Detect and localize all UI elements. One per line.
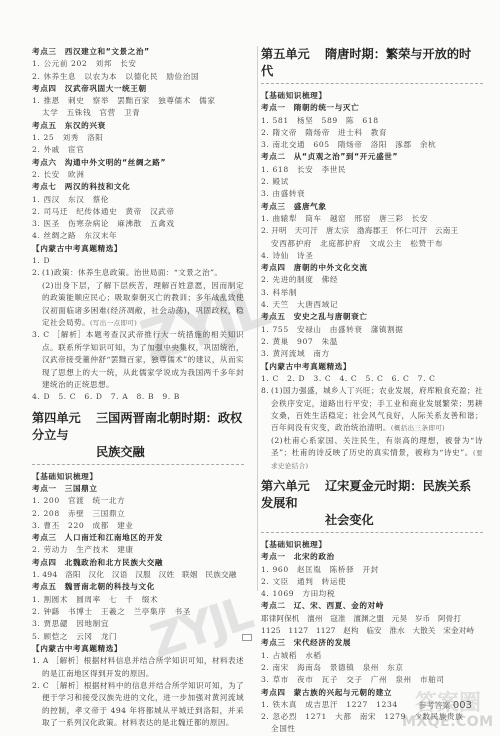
section-heading: 考点四 汉武帝巩固大一统王朝 bbox=[32, 83, 244, 95]
answer-line: 1. 200 官渡 统一北方 bbox=[32, 495, 244, 507]
answer-line: 2. 司马迁 纪传体通史 黄帝 汉武帝 bbox=[32, 206, 244, 218]
answer-line: 1. 割圆术 圆周率 七 千 缀术 bbox=[32, 594, 244, 606]
answer-line: 5. 顾恺之 云冈 龙门 bbox=[32, 631, 244, 643]
answer-line: 2. 殿试 bbox=[261, 176, 483, 188]
section-heading: 考点五 安史之乱与唐朝衰亡 bbox=[261, 311, 483, 323]
unit-title: 第四单元三国两晋南北朝时期：政权分立与 民族交融 bbox=[32, 410, 244, 461]
answer-line: 1. 25 刘秀 洛阳 bbox=[32, 132, 244, 144]
answer-line: 3. 科举制 bbox=[261, 287, 483, 299]
section-heading: 考点三 宋代经济的发展 bbox=[261, 637, 483, 649]
answer-text-part: (1)国力强盛，城乡人丁兴旺；农业发展，府库粮食充盈；社会秩序安定，道路出行平安… bbox=[271, 386, 483, 432]
answer-text: 2. C ［解析］根据材料中的信息并结合所学知识可知，为了便于学习和接受汉族先进… bbox=[32, 680, 244, 730]
answer-line: 2. 长安 欧洲 bbox=[32, 169, 244, 181]
answer-line: 2. 外戚 宦官 bbox=[32, 144, 244, 156]
answer-line: 耶律阿保机 澶州 寇准 澶渊之盟 元昊 岁币 阿骨打 bbox=[261, 613, 483, 625]
answer-line: 安西都护府 北庭都护府 文成公主 松赞干布 bbox=[261, 238, 483, 250]
answer-line: 2. 忽必烈 1271 大都 南宋 1279 少数民族贵族 bbox=[261, 711, 483, 723]
divider bbox=[261, 83, 483, 84]
answer-line: 4. 丝绸之路 东汉末年 bbox=[32, 230, 244, 242]
unit-title: 第五单元隋唐时期：繁荣与开放的时代 bbox=[261, 46, 483, 80]
section-heading: 考点七 两汉的科技和文化 bbox=[32, 181, 244, 193]
left-column: 考点三 西汉建立和“文景之治” 1. 公元前 202 刘邦 长安 2. 休养生息… bbox=[32, 46, 244, 730]
answer-line: 3. 黄河流域 南方 bbox=[261, 348, 483, 360]
answer-text-part: (2)出身下层，了解下层疾苦，理解百姓意愿，因而制定的政策能顺应民心；吸取秦朝灭… bbox=[42, 281, 244, 327]
section-heading: 考点一 北宋的政治 bbox=[261, 551, 483, 563]
answer-line: 4. 天竺 大唐西域记 bbox=[261, 299, 483, 311]
answer-line: 1. 494 洛阳 汉化 汉语 汉服 汉姓 联姻 民族交融 bbox=[32, 569, 244, 581]
answer-line: 2. 休养生息 以农为本 以德化民 励俭治国 bbox=[32, 71, 244, 83]
section-heading: 考点三 盛唐气象 bbox=[261, 201, 483, 213]
answer-line: 3. 南北交通 605 隋炀帝 洛阳 涿郡 余杭 bbox=[261, 139, 483, 151]
answer-line: 4. 1069 方田均税 bbox=[261, 588, 483, 600]
answer-line: 2. 南宋 海南岛 景德镇 泉州 东京 bbox=[261, 662, 483, 674]
section-heading: 考点二 从“贞观之治”到“开元盛世” bbox=[261, 151, 483, 163]
answer-line: 1. 西汉 东汉 蔡伦 bbox=[32, 194, 244, 206]
answer-line: 1. 占城稻 水稻 bbox=[261, 650, 483, 662]
answer-line: 1. 755 安禄山 由盛转衰 藩镇割据 bbox=[261, 324, 483, 336]
answer-line: 1. C 2. D 3. C 4. C 5. C 6. C 7. C bbox=[261, 373, 483, 385]
basics-heading: 【基础知识梳理】 bbox=[32, 471, 244, 483]
page-footer: 参考答案 003 bbox=[418, 700, 472, 711]
answer-line: 3. 曹丕 220 成都 建业 bbox=[32, 520, 244, 532]
section-heading: 考点一 隋朝的统一与灭亡 bbox=[261, 102, 483, 114]
page-number: 003 bbox=[453, 700, 472, 711]
unit-title: 第六单元辽宋夏金元时期：民族关系发展和 社会变化 bbox=[261, 478, 483, 529]
divider bbox=[32, 464, 244, 465]
section-heading: 考点二 辽、宋、西夏、金的对峙 bbox=[261, 600, 483, 612]
answer-text: 1. A ［解析］根据材料信息并结合所学知识可知，材料表述的是江南地区得到开发的… bbox=[32, 655, 244, 680]
exam-heading: 【内蒙古中考真题精选】 bbox=[261, 361, 483, 373]
unit-tag: 第五单元 bbox=[261, 46, 325, 63]
answer-line: 2. 开明 天可汗 唐太宗 渤海郡王 怀仁可汗 云南王 bbox=[261, 225, 483, 237]
unit-tag: 第四单元 bbox=[32, 410, 96, 427]
answer-paragraph: 8. (1)国力强盛，城乡人丁兴旺；农业发展，府库粮食充盈；社会秩序安定，道路出… bbox=[261, 385, 483, 472]
answer-line: 2. 文臣 通判 转运使 bbox=[261, 576, 483, 588]
answer-line: 2. 先进的制度 佛经 bbox=[261, 274, 483, 286]
exam-heading: 【内蒙古中考真题精选】 bbox=[32, 643, 244, 655]
section-heading: 考点四 唐朝的中外文化交流 bbox=[261, 262, 483, 274]
answer-note: (概括出三条即可) bbox=[391, 424, 445, 432]
exam-heading: 【内蒙古中考真题精选】 bbox=[32, 243, 244, 255]
section-heading: 考点五 魏晋南北朝的科技与文化 bbox=[32, 581, 244, 593]
section-heading: 考点六 沟通中外文明的“丝绸之路” bbox=[32, 157, 244, 169]
unit-title-line2: 民族交融 bbox=[32, 444, 244, 461]
answer-text: (1)国力强盛，城乡人丁兴旺；农业发展，府库粮食充盈；社会秩序安定，道路出行平安… bbox=[261, 385, 483, 435]
answer-line: 3. 医圣 伤寒杂病论 麻沸散 五禽戏 bbox=[32, 218, 244, 230]
answer-line: 3. 草市 夜市 瓦子 交子 广州 泉州 市舶司 bbox=[261, 674, 483, 686]
answer-text-part: (2)杜甫心系家国、关注民生，有崇高的理想，被誉为“诗圣”；杜甫的诗反映了历史的… bbox=[271, 436, 483, 457]
section-heading: 考点五 东汉的兴衰 bbox=[32, 120, 244, 132]
answer-line: 太学 五铢钱 官营 卫青 bbox=[32, 107, 244, 119]
question-number: 8. bbox=[261, 385, 271, 397]
basics-heading: 【基础知识梳理】 bbox=[261, 90, 483, 102]
answer-line: 1. 960 赵匡胤 陈桥驿 开封 bbox=[261, 564, 483, 576]
section-heading: 考点一 三国鼎立 bbox=[32, 483, 244, 495]
answer-line: 2. 黄巢 907 朱温 bbox=[261, 336, 483, 348]
answer-line: 3. 由盛转衰 bbox=[261, 188, 483, 200]
divider bbox=[261, 532, 483, 533]
answer-paragraph: 3. C ［解析］本题考查汉武帝推行大一统措施的相关知识点。联系所学知识可知，为… bbox=[32, 329, 244, 391]
answer-line: 1. 618 长安 李世民 bbox=[261, 164, 483, 176]
section-heading: 考点三 人口南迁和江南地区的开发 bbox=[32, 532, 244, 544]
answer-line: 3. 贾思勰 因地制宜 bbox=[32, 618, 244, 630]
right-column: 第五单元隋唐时期：繁荣与开放的时代 【基础知识梳理】 考点一 隋朝的统一与灭亡 … bbox=[257, 46, 483, 591]
answer-paragraph: 2. C ［解析］根据材料中的信息并结合所学知识可知，为了便于学习和接受汉族先进… bbox=[32, 680, 244, 730]
basics-heading: 【基础知识梳理】 bbox=[261, 539, 483, 551]
answer-line: 4. D 5. C 6. D 7. A 8. B 9. B bbox=[32, 391, 244, 403]
answer-line: 1. 曲辕犁 筒车 越窑 邢窑 唐三彩 长安 bbox=[261, 213, 483, 225]
answer-note: (写出一点即可) bbox=[90, 319, 137, 327]
footer-label: 参考答案 bbox=[418, 701, 450, 710]
answer-line: 全国性 bbox=[261, 723, 483, 735]
answer-line: 2. 钟繇 书博士 王羲之 兰亭集序 书圣 bbox=[32, 606, 244, 618]
answer-line: 2. 劳动力 生产技术 建康 bbox=[32, 544, 244, 556]
answer-text: (2)杜甫心系家国、关注民生，有崇高的理想，被誉为“诗圣”；杜甫的诗反映了历史的… bbox=[261, 435, 483, 472]
answer-line: 2. 208 赤壁 三国鼎立 bbox=[32, 508, 244, 520]
answer-text: (1)政策：休养生息政策。治世局面：“文景之治”。 bbox=[42, 268, 222, 277]
question-number: 2. bbox=[32, 267, 42, 279]
answer-line: 1. 推恩 刺史 察举 罢黜百家 独尊儒术 儒家 bbox=[32, 95, 244, 107]
answer-text: 3. C ［解析］本题考查汉武帝推行大一统措施的相关知识点。联系所学知识可知，为… bbox=[32, 329, 244, 391]
answer-line: 1125 1127 1127 赵构 临安 淮水 大散关 宋金对峙 bbox=[261, 625, 483, 637]
section-heading: 考点四 蒙古族的兴起与元朝的建立 bbox=[261, 687, 483, 699]
answer-paragraph: 1. A ［解析］根据材料信息并结合所学知识可知，材料表述的是江南地区得到开发的… bbox=[32, 655, 244, 680]
answer-paragraph: 2.(1)政策：休养生息政策。治世局面：“文景之治”。 (2)出身下层，了解下层… bbox=[32, 267, 244, 329]
answer-line: 4. 诗仙 诗圣 bbox=[261, 250, 483, 262]
unit-tag: 第六单元 bbox=[261, 478, 325, 495]
section-heading: 考点三 西汉建立和“文景之治” bbox=[32, 46, 244, 58]
answer-line: 1. D bbox=[32, 255, 244, 267]
margin-mark bbox=[242, 634, 252, 641]
answer-line: 1. 公元前 202 刘邦 长安 bbox=[32, 58, 244, 70]
answer-line: 1. 581 杨坚 589 陈 618 bbox=[261, 115, 483, 127]
section-heading: 考点四 北魏政治和北方民族大交融 bbox=[32, 557, 244, 569]
unit-title-line2: 社会变化 bbox=[261, 512, 483, 529]
answer-text: (2)出身下层，了解下层疾苦，理解百姓意愿，因而制定的政策能顺应民心；吸取秦朝灭… bbox=[32, 280, 244, 330]
answer-line: 2. 隋文帝 隋炀帝 进士科 教育 bbox=[261, 127, 483, 139]
